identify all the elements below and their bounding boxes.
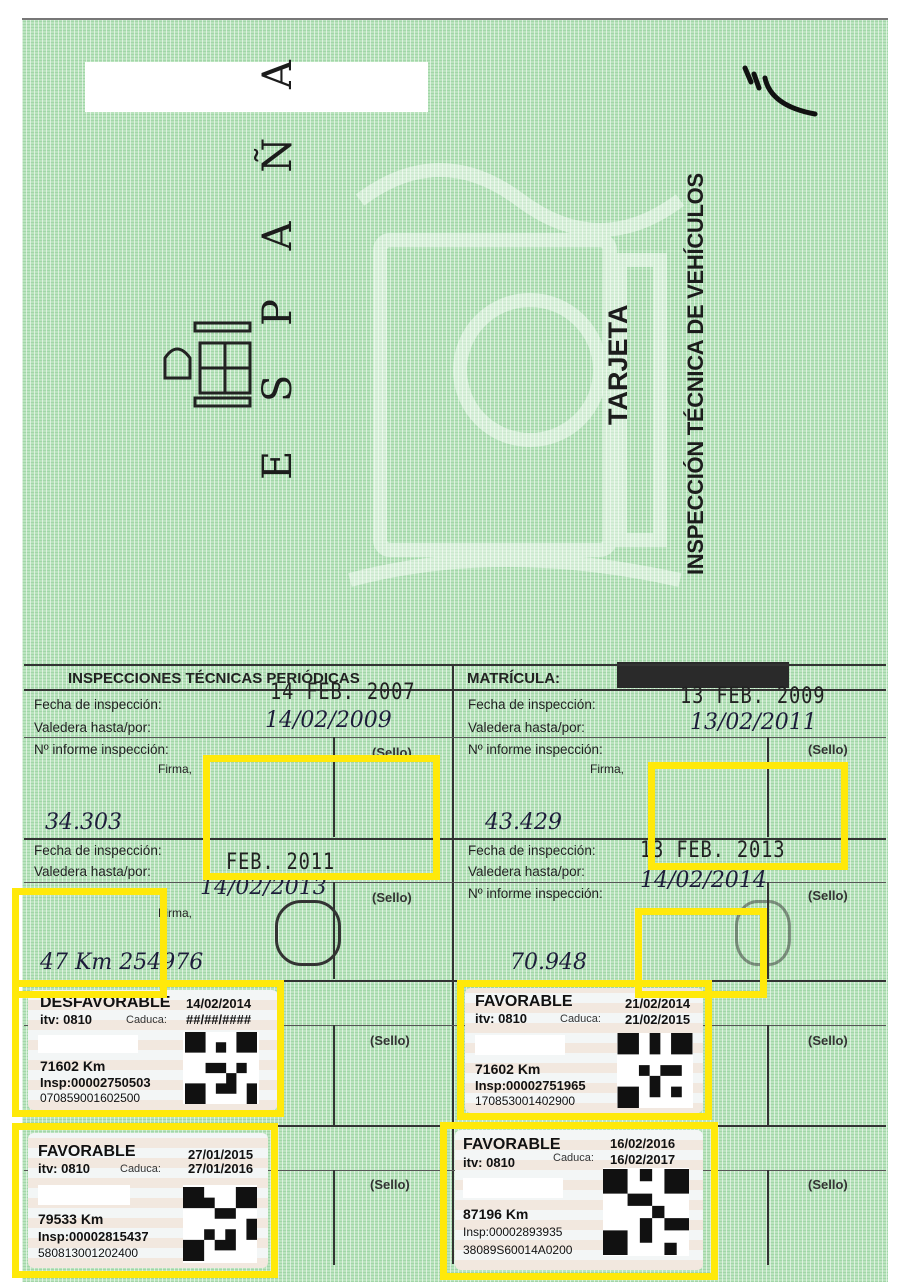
valid-until-handwritten: 14/02/2014 — [640, 868, 767, 893]
sello-label: (Sello) — [808, 1033, 848, 1048]
km-handwritten: 34.303 — [45, 810, 122, 835]
sello-divider — [767, 1025, 769, 1125]
highlight-box — [440, 1122, 718, 1280]
inspection-stamp-date: 13 FEB. 2009 — [680, 684, 825, 709]
highlight-box — [12, 980, 284, 1117]
label-fecha: Fecha de inspección: — [468, 843, 596, 858]
sello-label: (Sello) — [808, 888, 848, 903]
label-firma: Firma, — [158, 762, 192, 776]
handwritten-mark-icon — [740, 60, 830, 130]
label-fecha: Fecha de inspección: — [468, 697, 596, 712]
highlight-box — [457, 980, 712, 1120]
coat-of-arms-watermark-icon — [330, 140, 710, 610]
table-top-line — [24, 664, 886, 666]
km-handwritten: 43.429 — [485, 810, 562, 835]
card-title: TARJETA — [603, 305, 634, 426]
valid-until-handwritten: 13/02/2011 — [690, 710, 817, 735]
km-handwritten: 70.948 — [510, 950, 587, 975]
inspection-stamp-date: 14 FEB. 2007 — [270, 680, 415, 705]
sello-label: (Sello) — [370, 1033, 410, 1048]
label-fecha: Fecha de inspección: — [34, 697, 162, 712]
label-valedera: Valedera hasta/por: — [34, 864, 151, 879]
sello-label: (Sello) — [372, 890, 412, 905]
sello-label: (Sello) — [370, 1177, 410, 1192]
label-informe: Nº informe inspección: — [34, 742, 169, 757]
applus-stamp-icon — [275, 900, 341, 966]
label-informe: Nº informe inspección: — [468, 886, 603, 901]
sello-divider — [333, 1025, 335, 1125]
sello-label: (Sello) — [808, 742, 848, 757]
card-subtitle: INSPECCIÓN TÉCNICA DE VEHÍCULOS — [683, 173, 709, 575]
label-informe: Nº informe inspección: — [468, 742, 603, 757]
label-firma: Firma, — [590, 762, 624, 776]
highlight-box — [203, 755, 440, 880]
valid-until-handwritten: 14/02/2009 — [265, 708, 392, 733]
right-header: MATRÍCULA: — [467, 670, 560, 687]
row-line — [24, 737, 886, 738]
label-valedera: Valedera hasta/por: — [34, 720, 151, 735]
country-title: E S P A Ñ A — [255, 42, 301, 480]
sello-divider — [333, 1170, 335, 1265]
sello-divider — [767, 1170, 769, 1265]
label-valedera: Valedera hasta/por: — [468, 864, 585, 879]
highlight-box — [12, 1123, 278, 1278]
label-fecha: Fecha de inspección: — [34, 843, 162, 858]
highlight-box — [648, 762, 848, 870]
spain-coat-of-arms-icon — [160, 318, 260, 413]
sello-label: (Sello) — [808, 1177, 848, 1192]
label-valedera: Valedera hasta/por: — [468, 720, 585, 735]
